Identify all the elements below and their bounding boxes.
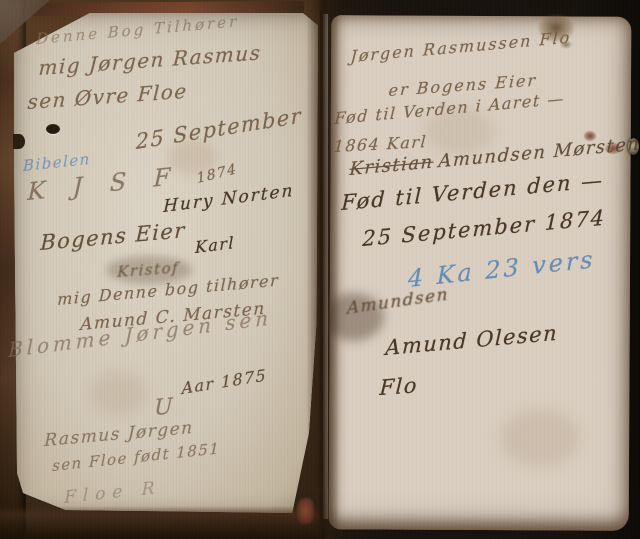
- worm-hole: [46, 124, 60, 134]
- leather-bottom-edge: [0, 506, 324, 539]
- page-edge-notch: [13, 134, 25, 149]
- inscr-u-mark: U: [154, 394, 174, 421]
- foxing-spot: [90, 372, 146, 414]
- inscr-r-flo: Flo: [379, 373, 419, 400]
- fold-tear: [297, 498, 314, 524]
- foxing-spot: [500, 410, 580, 466]
- book-gutter-shadow: [306, 0, 340, 539]
- antique-book-scan: Denne Bog Tilhører mig Jørgen Rasmus sen…: [0, 0, 640, 539]
